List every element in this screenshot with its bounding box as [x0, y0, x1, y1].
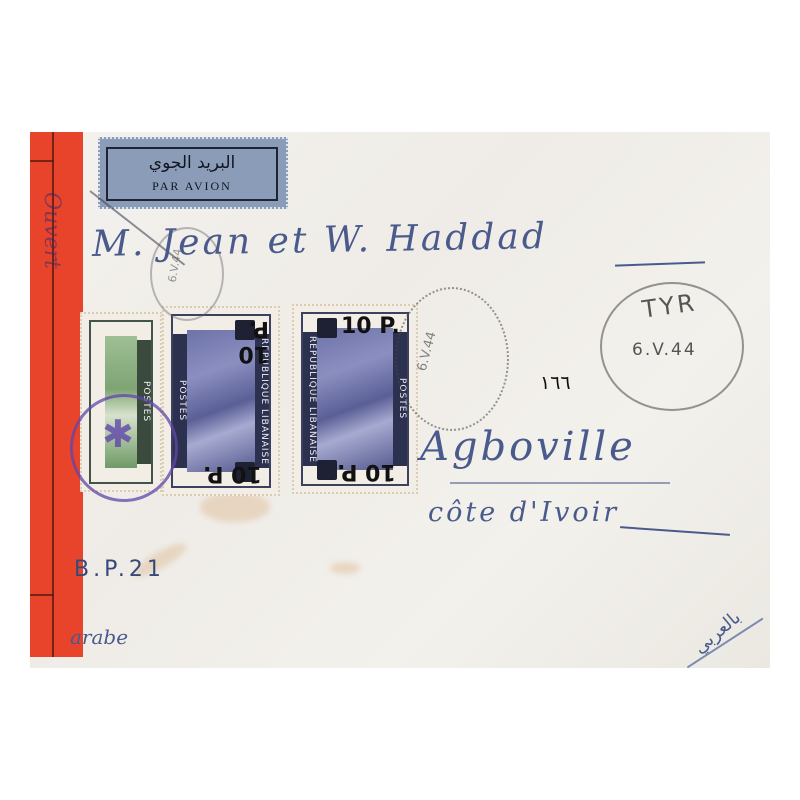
stamp-corner-ornament [317, 460, 337, 480]
destination-city: Agboville [420, 424, 636, 470]
country-underline [620, 526, 730, 535]
stamp-frame: POSTES REPUBLIQUE LIBANAISE 10 P. 10 P. [171, 314, 271, 488]
airmail-label: البريد الجوي PAR AVION [98, 137, 288, 209]
stamp-surcharged-1: POSTES REPUBLIQUE LIBANAISE 10 P. 10 P. [162, 306, 280, 496]
censor-handwriting: Ouvert [39, 192, 64, 269]
stamp-surcharge: 10 P. [341, 314, 400, 339]
airmail-label-frame: البريد الجوي PAR AVION [106, 147, 278, 201]
note-right-arabic: بالعربي [690, 607, 745, 658]
postmark-partial: 6.V.44 [150, 227, 224, 321]
stamp-frame: REPUBLIQUE LIBANAISE POSTES 10 P. 10 P. [301, 312, 409, 486]
postmark-faint: 6.V.44 [395, 287, 509, 431]
stain [330, 562, 360, 574]
postmark-tyr: TYR 6.V.44 [600, 282, 744, 411]
stamp-country-text: REPUBLIQUE LIBANAISE [303, 332, 317, 466]
censor-rule [30, 594, 54, 596]
postmark-date: 6.V.44 [166, 248, 185, 284]
postmark-city: TYR [640, 288, 698, 323]
envelope: Ouvert البريد الجوي PAR AVION M. Jean et… [30, 132, 770, 668]
reference-number: ١٦٦ [540, 372, 571, 394]
recipient-underline [615, 261, 705, 266]
stain [200, 492, 270, 522]
airmail-label-arabic: البريد الجوي [108, 153, 276, 173]
stamp-picture [317, 328, 393, 470]
censor-rule [30, 160, 54, 162]
stamp-corner-ornament [317, 318, 337, 338]
city-underline [450, 482, 670, 484]
stamp-surcharge: 10 P. [203, 461, 262, 486]
airmail-label-french: PAR AVION [108, 179, 276, 194]
destination-country: côte d'Ivoir [428, 497, 619, 528]
note-left: arabe [70, 625, 128, 649]
postmark-date: 6.V.44 [632, 340, 697, 360]
violet-cancel-mark: ✱ [102, 412, 134, 456]
postmark-date: 6.V.44 [415, 330, 440, 373]
po-box: B.P.21 [74, 557, 165, 582]
stamp-surcharge: 10 P. [337, 459, 396, 484]
stamp-surcharge: 10 P. [211, 316, 269, 366]
